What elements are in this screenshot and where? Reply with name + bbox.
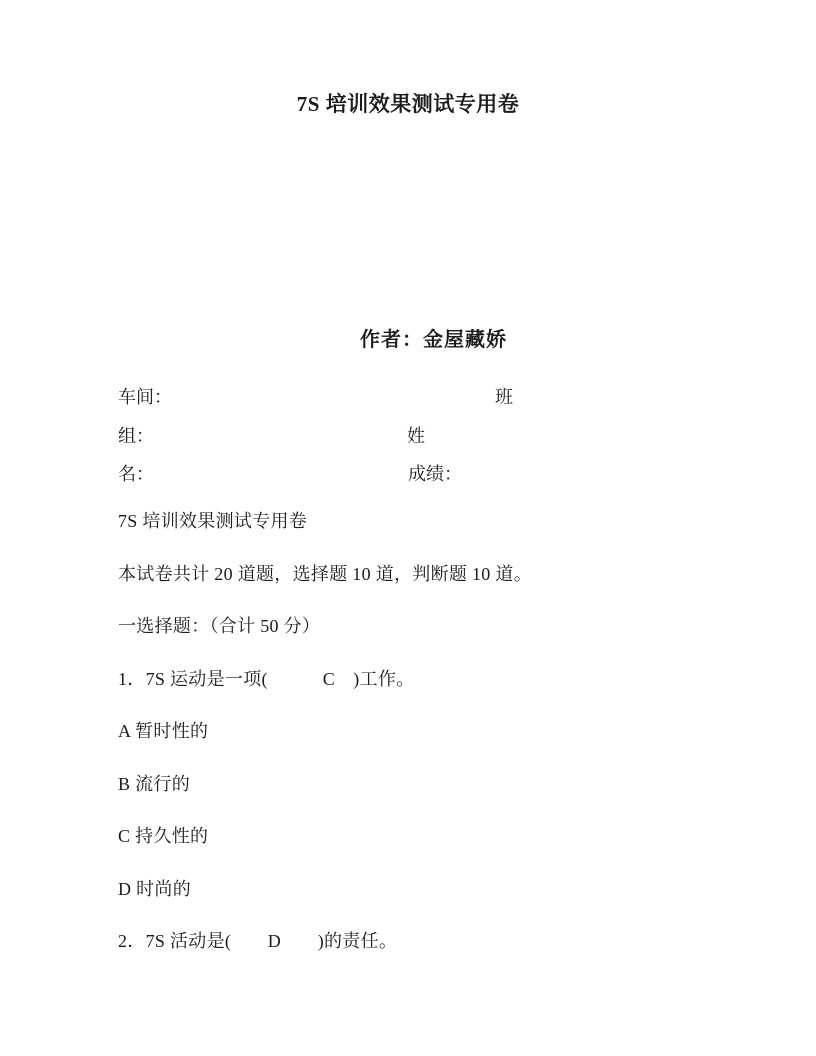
question-1-option-a: A 暂时性的 xyxy=(118,721,758,742)
author-byline: 作者：金屋藏娇 xyxy=(360,328,507,352)
question-1-option-d: D 时尚的 xyxy=(118,879,758,900)
question-2: 2．7S 活动是( D )的责任。 xyxy=(118,931,758,952)
info-class-fragment: 班 xyxy=(495,386,513,408)
document-page: 7S 培训效果测试专用卷 作者：金屋藏娇 车间： 班 组： 姓 名： 成绩： 7… xyxy=(0,0,816,1056)
section-heading-choice-questions: 一选择题：（合计 50 分） xyxy=(118,616,758,637)
paragraph-summary: 本试卷共计 20 道题，选择题 10 道，判断题 10 道。 xyxy=(118,564,758,585)
page-title: 7S 培训效果测试专用卷 xyxy=(0,92,816,117)
info-line-group: 组： 姓 xyxy=(118,425,698,464)
info-surname-fragment: 姓 xyxy=(407,425,425,447)
question-1: 1．7S 运动是一项( C )工作。 xyxy=(118,669,758,690)
info-name-label: 名： xyxy=(118,463,154,485)
info-workshop-label: 车间： xyxy=(118,386,172,408)
question-1-option-c: C 持久性的 xyxy=(118,826,758,847)
info-block: 车间： 班 组： 姓 名： 成绩： xyxy=(118,386,698,502)
info-group-label: 组： xyxy=(118,425,154,447)
question-1-option-b: B 流行的 xyxy=(118,774,758,795)
info-line-workshop: 车间： 班 xyxy=(118,386,698,425)
paragraph-subtitle: 7S 培训效果测试专用卷 xyxy=(118,511,758,532)
document-body: 7S 培训效果测试专用卷 本试卷共计 20 道题，选择题 10 道，判断题 10… xyxy=(118,511,758,984)
info-score-label: 成绩： xyxy=(408,463,462,485)
info-line-name: 名： 成绩： xyxy=(118,463,698,502)
